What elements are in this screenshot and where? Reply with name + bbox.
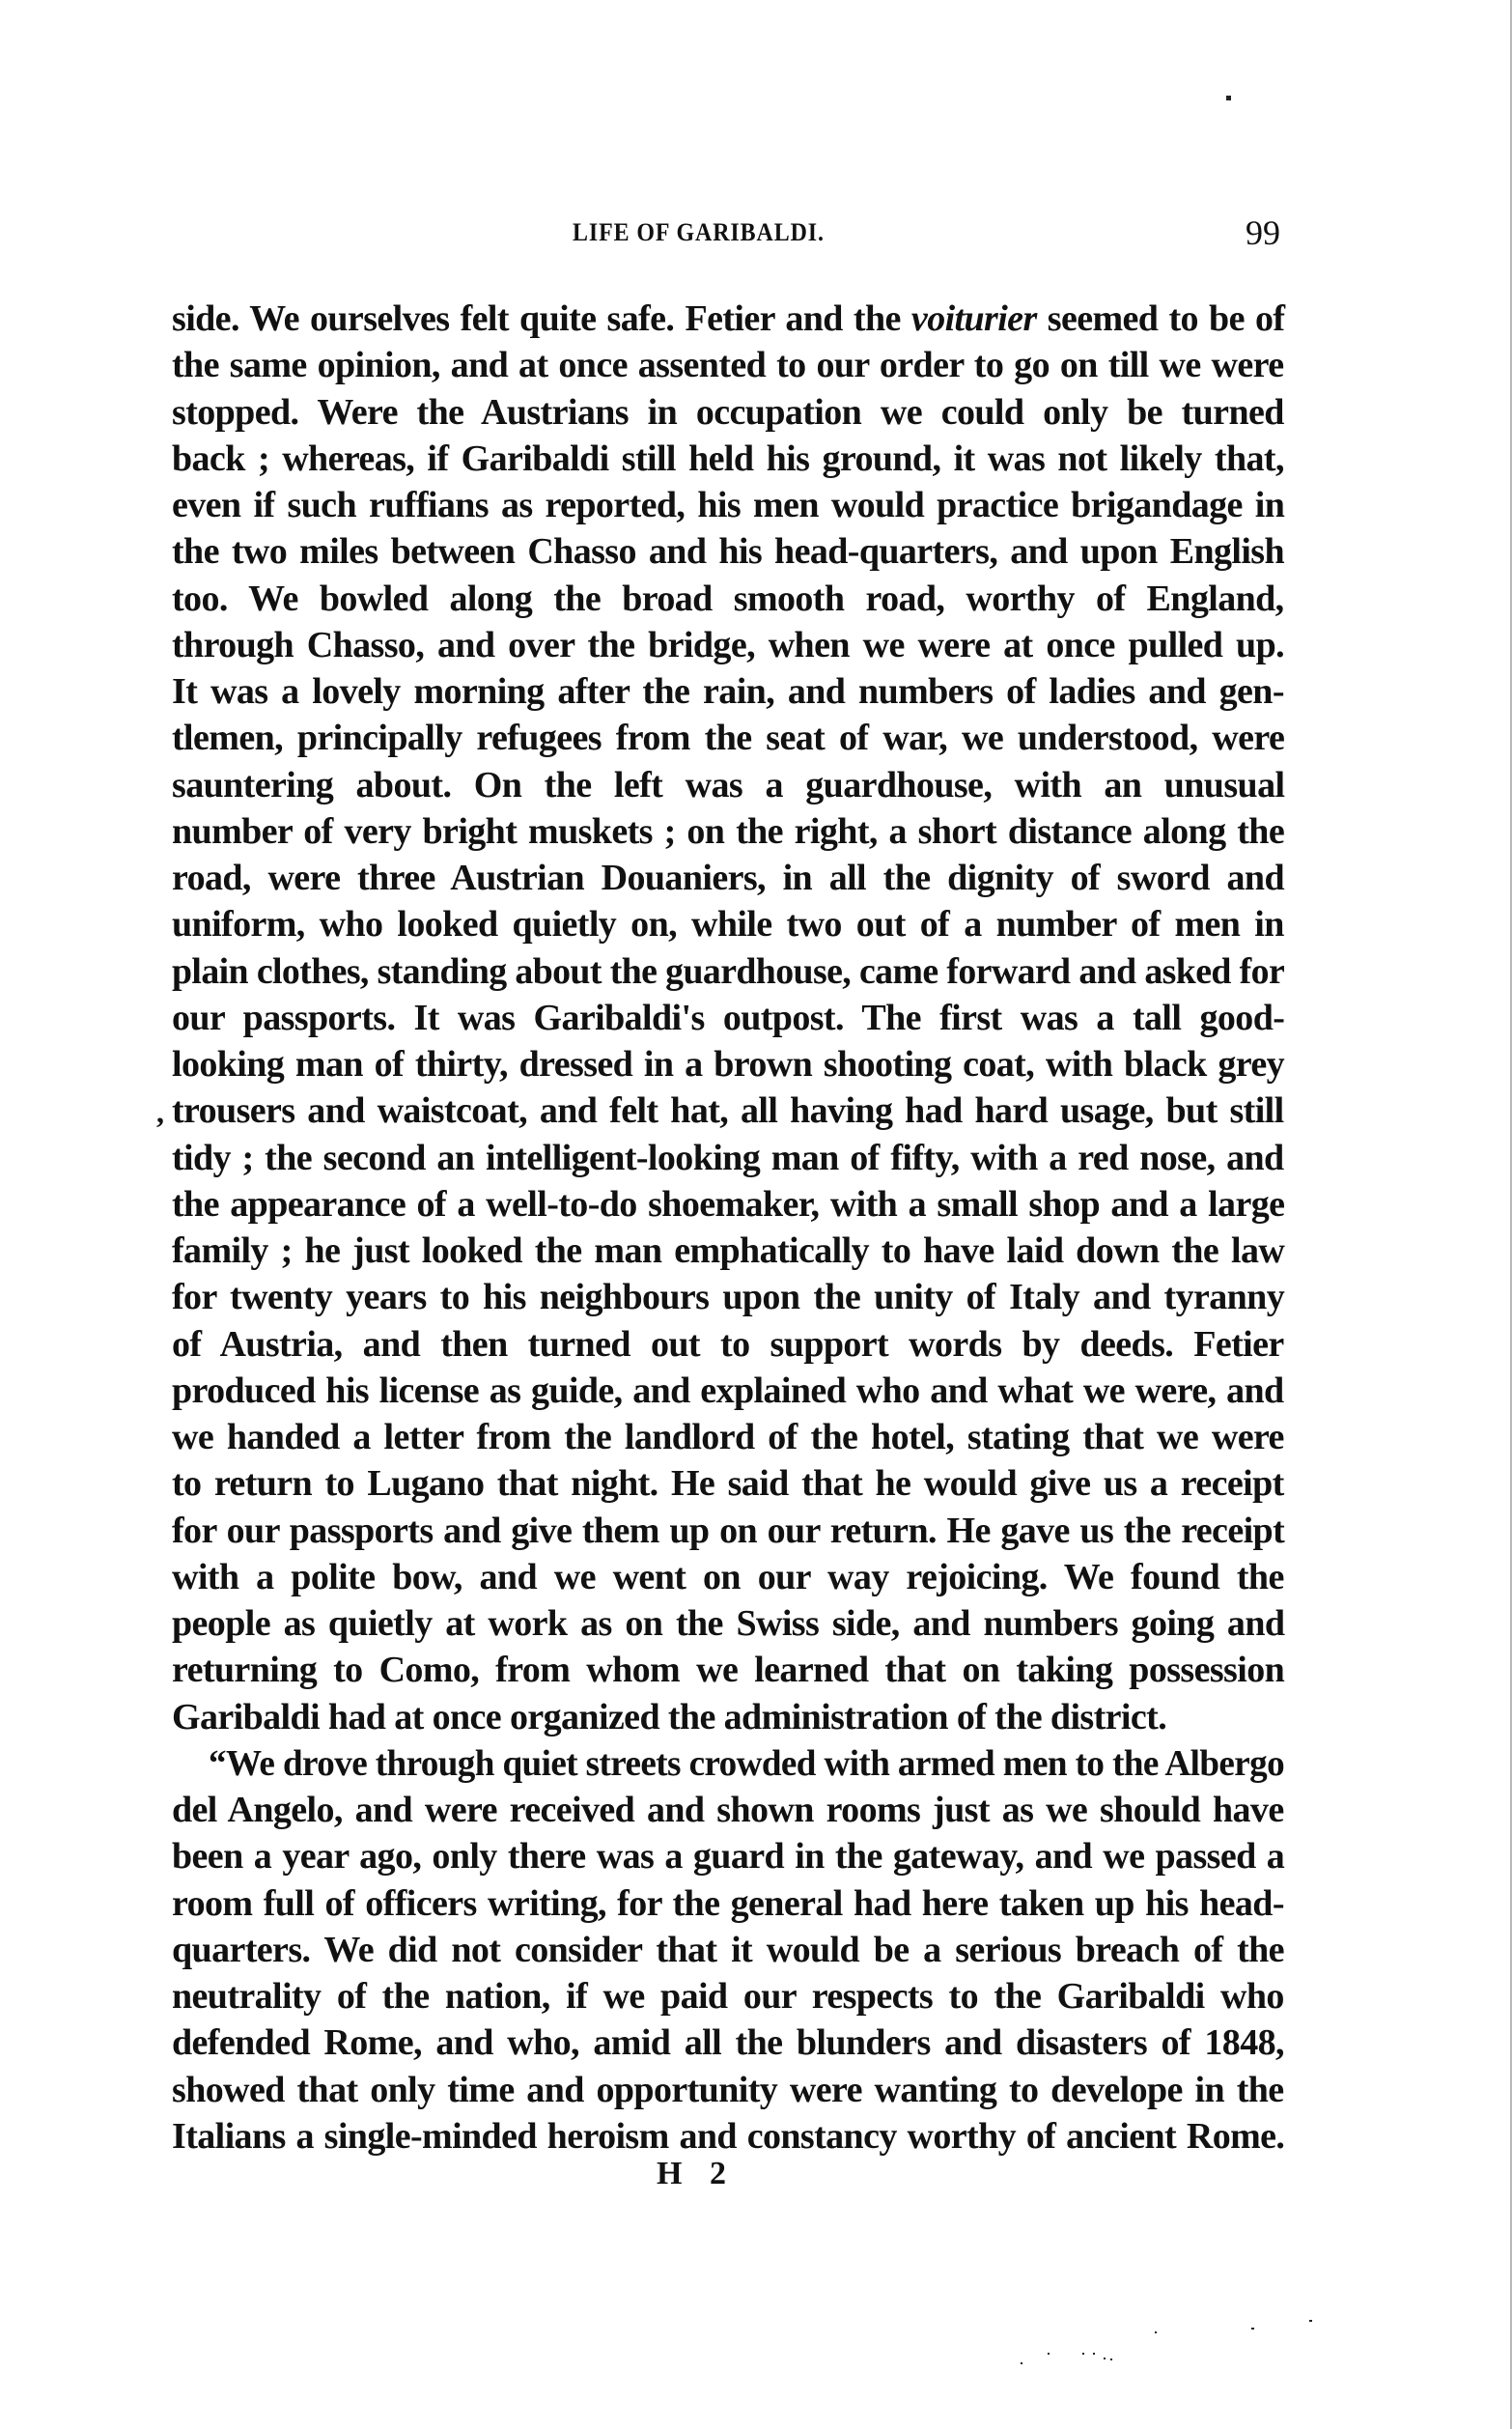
text-line: trousers and waistcoat, and felt hat, al… — [172, 1087, 1284, 1134]
text-line: neutrality of the nation, if we paid our… — [172, 1973, 1284, 2019]
scan-speck — [1082, 2353, 1084, 2355]
text-line: uniform, who looked quietly on, while tw… — [172, 901, 1284, 947]
text-line: room full of officers writing, for the g… — [172, 1880, 1284, 1927]
text-line: number of very bright muskets ; on the r… — [172, 808, 1284, 855]
text-line: tidy ; the second an intelligent-looking… — [172, 1135, 1284, 1181]
text-line: the same opinion, and at once assented t… — [172, 342, 1284, 388]
paragraph-end-line: Garibaldi had at once organized the admi… — [172, 1694, 1284, 1740]
text-line: through Chasso, and over the bridge, whe… — [172, 622, 1284, 668]
text-line: stopped. Were the Austrians in occupatio… — [172, 389, 1284, 436]
text-line: even if such ruffians as reported, his m… — [172, 482, 1284, 528]
margin-mark: , — [156, 1094, 164, 1130]
scan-speck — [1251, 2328, 1254, 2330]
scan-speck — [1093, 2353, 1095, 2355]
text-line: been a year ago, only there was a guard … — [172, 1833, 1284, 1879]
scan-speck — [1309, 2320, 1312, 2322]
text-line: sauntering about. On the left was a guar… — [172, 762, 1284, 808]
text-line: tlemen, principally refugees from the se… — [172, 715, 1284, 761]
text-line: people as quietly at work as on the Swis… — [172, 1600, 1284, 1647]
scan-speck — [1048, 2353, 1050, 2355]
text-line: to return to Lugano that night. He said … — [172, 1460, 1284, 1507]
body-text: side. We ourselves felt quite safe. Feti… — [172, 296, 1284, 2160]
text-line: returning to Como, from whom we learned … — [172, 1647, 1284, 1693]
text-line: the two miles between Chasso and his hea… — [172, 528, 1284, 575]
text-line: quarters. We did not consider that it wo… — [172, 1927, 1284, 1973]
page-number: 99 — [1246, 212, 1280, 253]
text-line: defended Rome, and who, amid all the blu… — [172, 2019, 1284, 2066]
text-line: back ; whereas, if Garibaldi still held … — [172, 436, 1284, 482]
scan-speck — [1155, 2331, 1157, 2333]
text-line: showed that only time and opportunity we… — [172, 2067, 1284, 2113]
running-head-title: LIFE OF GARIBALDI. — [573, 218, 825, 247]
text-line: family ; he just looked the man emphatic… — [172, 1228, 1284, 1274]
text-line: for twenty years to his neighbours upon … — [172, 1274, 1284, 1320]
text-line: road, were three Austrian Douaniers, in … — [172, 855, 1284, 901]
text-line: the appearance of a well-to-do shoemaker… — [172, 1181, 1284, 1228]
text-line: too. We bowled along the broad smooth ro… — [172, 576, 1284, 622]
text-line: plain clothes, standing about the guardh… — [172, 948, 1284, 995]
text-line: side. We ourselves felt quite safe. Feti… — [172, 296, 1284, 342]
scan-speck — [1226, 96, 1231, 100]
text-line: our passports. It was Garibaldi's outpos… — [172, 995, 1284, 1041]
text-line: for our passports and give them up on ou… — [172, 1508, 1284, 1554]
text-line: del Angelo, and were received and shown … — [172, 1787, 1284, 1833]
scan-speck — [1104, 2358, 1106, 2359]
paragraph-start-line: “We drove through quiet streets crowded … — [172, 1740, 1284, 1787]
text-line: of Austria, and then turned out to suppo… — [172, 1321, 1284, 1368]
text-line: with a polite bow, and we went on our wa… — [172, 1554, 1284, 1600]
text-line: looking man of thirty, dressed in a brow… — [172, 1041, 1284, 1087]
scan-speck — [1110, 2358, 1112, 2360]
text-line: produced his license as guide, and expla… — [172, 1368, 1284, 1414]
text-line: we handed a letter from the landlord of … — [172, 1414, 1284, 1460]
text-line: Italians a single-minded heroism and con… — [172, 2113, 1284, 2160]
italic-word: voiturier — [911, 298, 1037, 339]
signature-mark: H 2 — [657, 2156, 736, 2192]
text-line: It was a lovely morning after the rain, … — [172, 668, 1284, 715]
scan-speck — [1021, 2362, 1022, 2364]
book-page: LIFE OF GARIBALDI. 99 , side. We ourselv… — [0, 0, 1512, 2429]
